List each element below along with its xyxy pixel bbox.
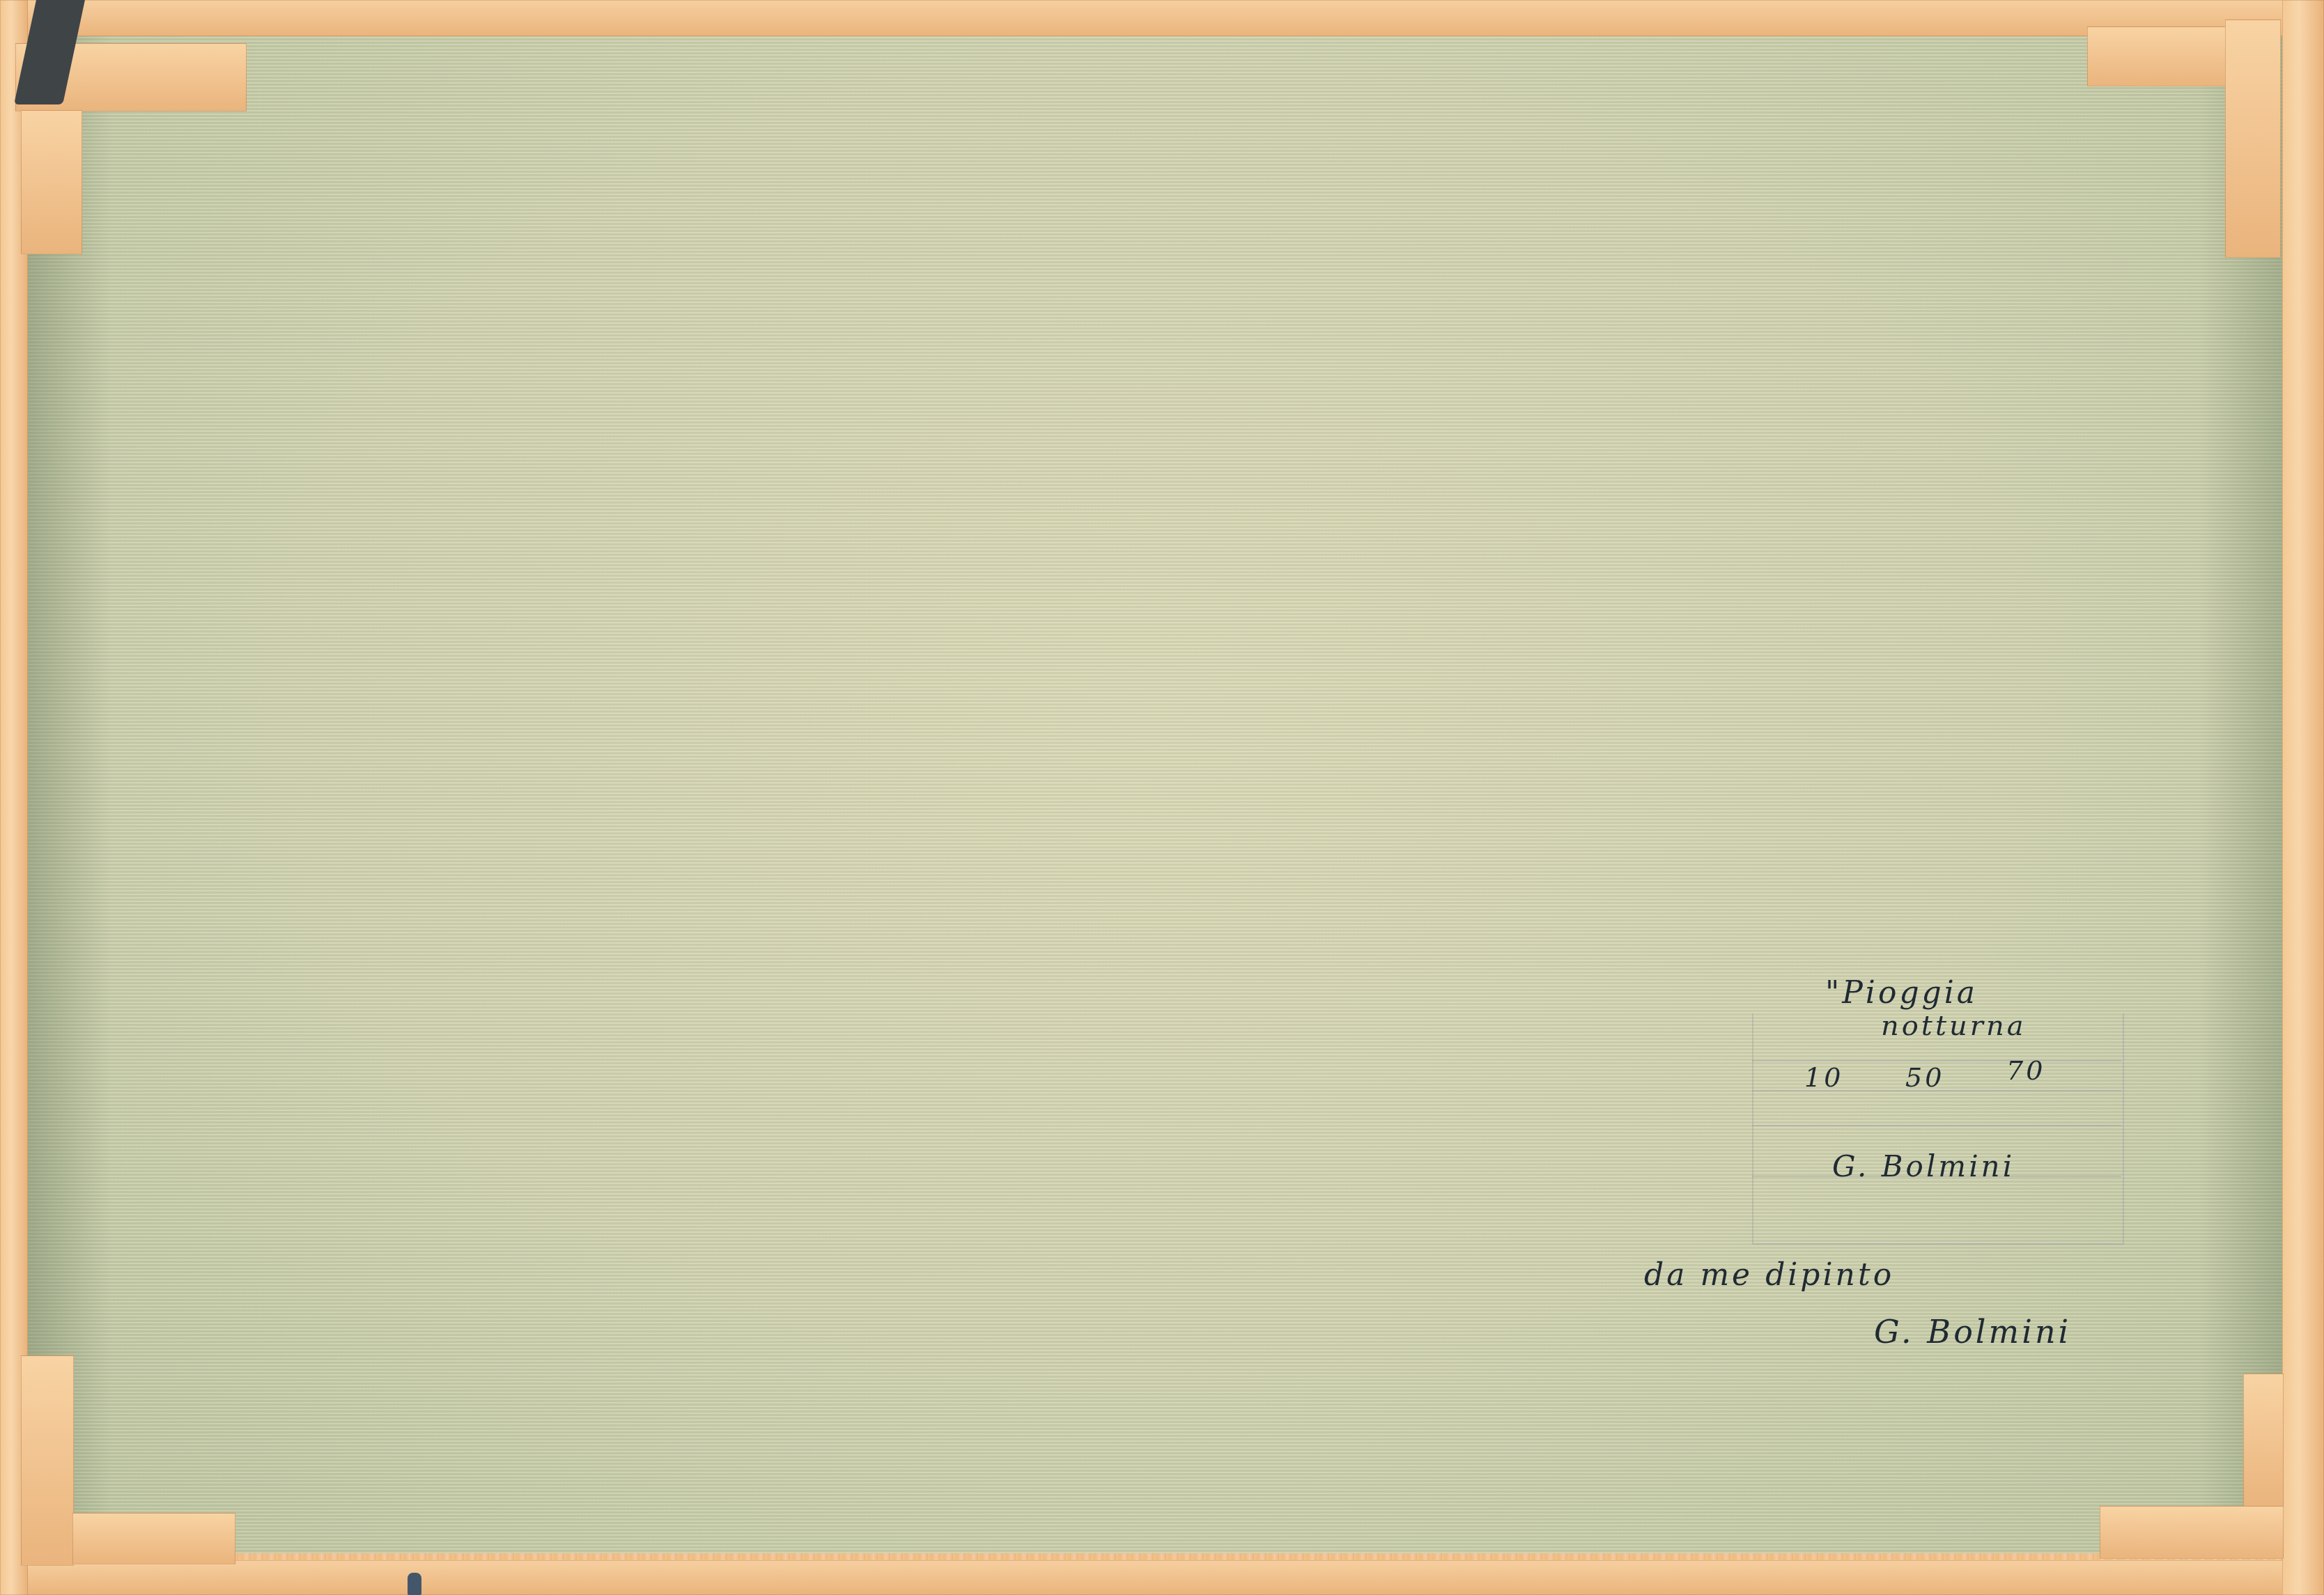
inscription-dim-2: 50 [1905,1062,1944,1093]
inscription-title-line1: "Pioggia [1825,975,1978,1011]
corner-key-bottom-right-v [2243,1374,2284,1507]
frame-bottom-bar [0,1560,2324,1595]
corner-key-bottom-right-h [2100,1506,2284,1559]
inscription-note: da me dipinto [1644,1257,1894,1293]
inscription-signature-2: G. Bolmini [1874,1313,2071,1351]
ink-mark [408,1573,421,1595]
pencil-line [1752,1125,2121,1126]
canvas-shadow-left [28,28,111,1553]
inscription-title-line2: notturna [1881,1010,2026,1042]
corner-key-bottom-left-h [72,1513,235,1564]
corner-key-top-right-v [2225,20,2281,258]
pencil-line [1752,1060,2121,1061]
pencil-label-box [1752,1013,2124,1245]
corner-key-bottom-left-v [21,1355,74,1566]
inscription-dim-1: 10 [1804,1062,1843,1093]
corner-key-top-right-h [2087,26,2228,86]
frame-right-bar [2282,0,2324,1595]
frame-top-bar [0,0,2324,36]
inscription-dim-3: 70 [2006,1055,2045,1086]
inscription-signature-1: G. Bolmini [1832,1149,2015,1183]
corner-key-top-left-v [21,110,82,254]
